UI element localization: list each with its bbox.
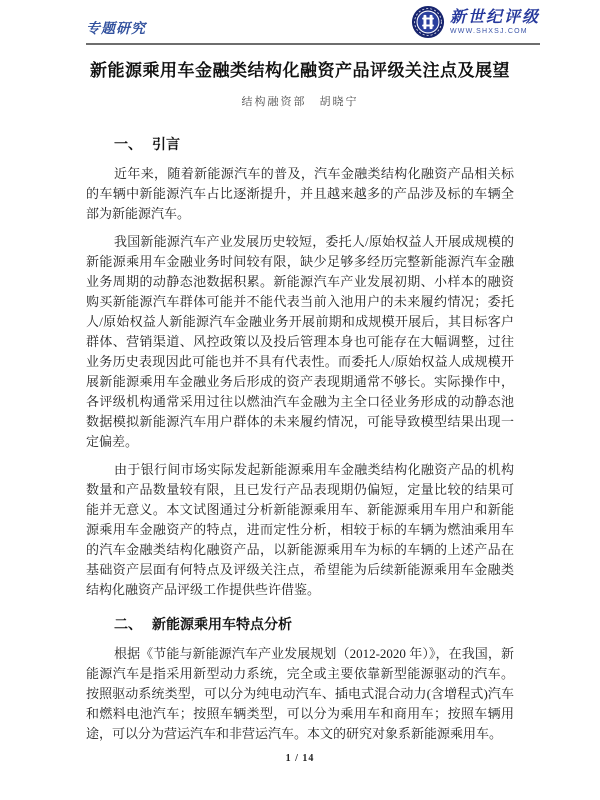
section-heading-2: 二、新能源乘用车特点分析: [86, 614, 514, 634]
paragraph: 近年来，随着新能源汽车的普及，汽车金融类结构化融资产品相关标的车辆中新能源汽车占…: [86, 164, 514, 224]
paragraph: 我国新能源汽车产业发展历史较短，委托人/原始权益人开展成规模的新能源乘用车金融业…: [86, 232, 514, 452]
page-header: 专题研究 新世纪评级 WWW.SHXSJ.COM: [86, 0, 540, 45]
section-number: 二、: [114, 614, 152, 634]
section-title: 引言: [152, 138, 180, 153]
page-number: 1 / 14: [0, 753, 600, 764]
agency-name: 新世纪评级: [450, 10, 540, 26]
header-category-label: 专题研究: [86, 18, 146, 39]
section-number: 一、: [114, 134, 152, 154]
document-body: 一、引言 近年来，随着新能源汽车的普及，汽车金融类结构化融资产品相关标的车辆中新…: [86, 120, 514, 752]
paragraph: 根据《节能与新能源汽车产业发展规划（2012-2020 年）》，在我国，新能源汽…: [86, 644, 514, 744]
agency-seal-icon: [411, 5, 445, 39]
agency-logo: 新世纪评级 WWW.SHXSJ.COM: [411, 5, 540, 39]
section-title: 新能源乘用车特点分析: [152, 618, 292, 633]
paragraph: 由于银行间市场实际发起新能源乘用车金融类结构化融资产品的机构数量和产品数量较有限…: [86, 460, 514, 600]
document-title: 新能源乘用车金融类结构化融资产品评级关注点及展望: [60, 56, 540, 81]
section-heading-1: 一、引言: [86, 134, 514, 154]
report-page: 专题研究 新世纪评级 WWW.SHXSJ.COM 新能源乘用车金融类结构化融资产…: [0, 0, 600, 800]
agency-logo-text: 新世纪评级 WWW.SHXSJ.COM: [450, 10, 540, 35]
author-byline: 结构融资部 胡晓宁: [0, 93, 600, 109]
agency-website: WWW.SHXSJ.COM: [450, 28, 528, 35]
